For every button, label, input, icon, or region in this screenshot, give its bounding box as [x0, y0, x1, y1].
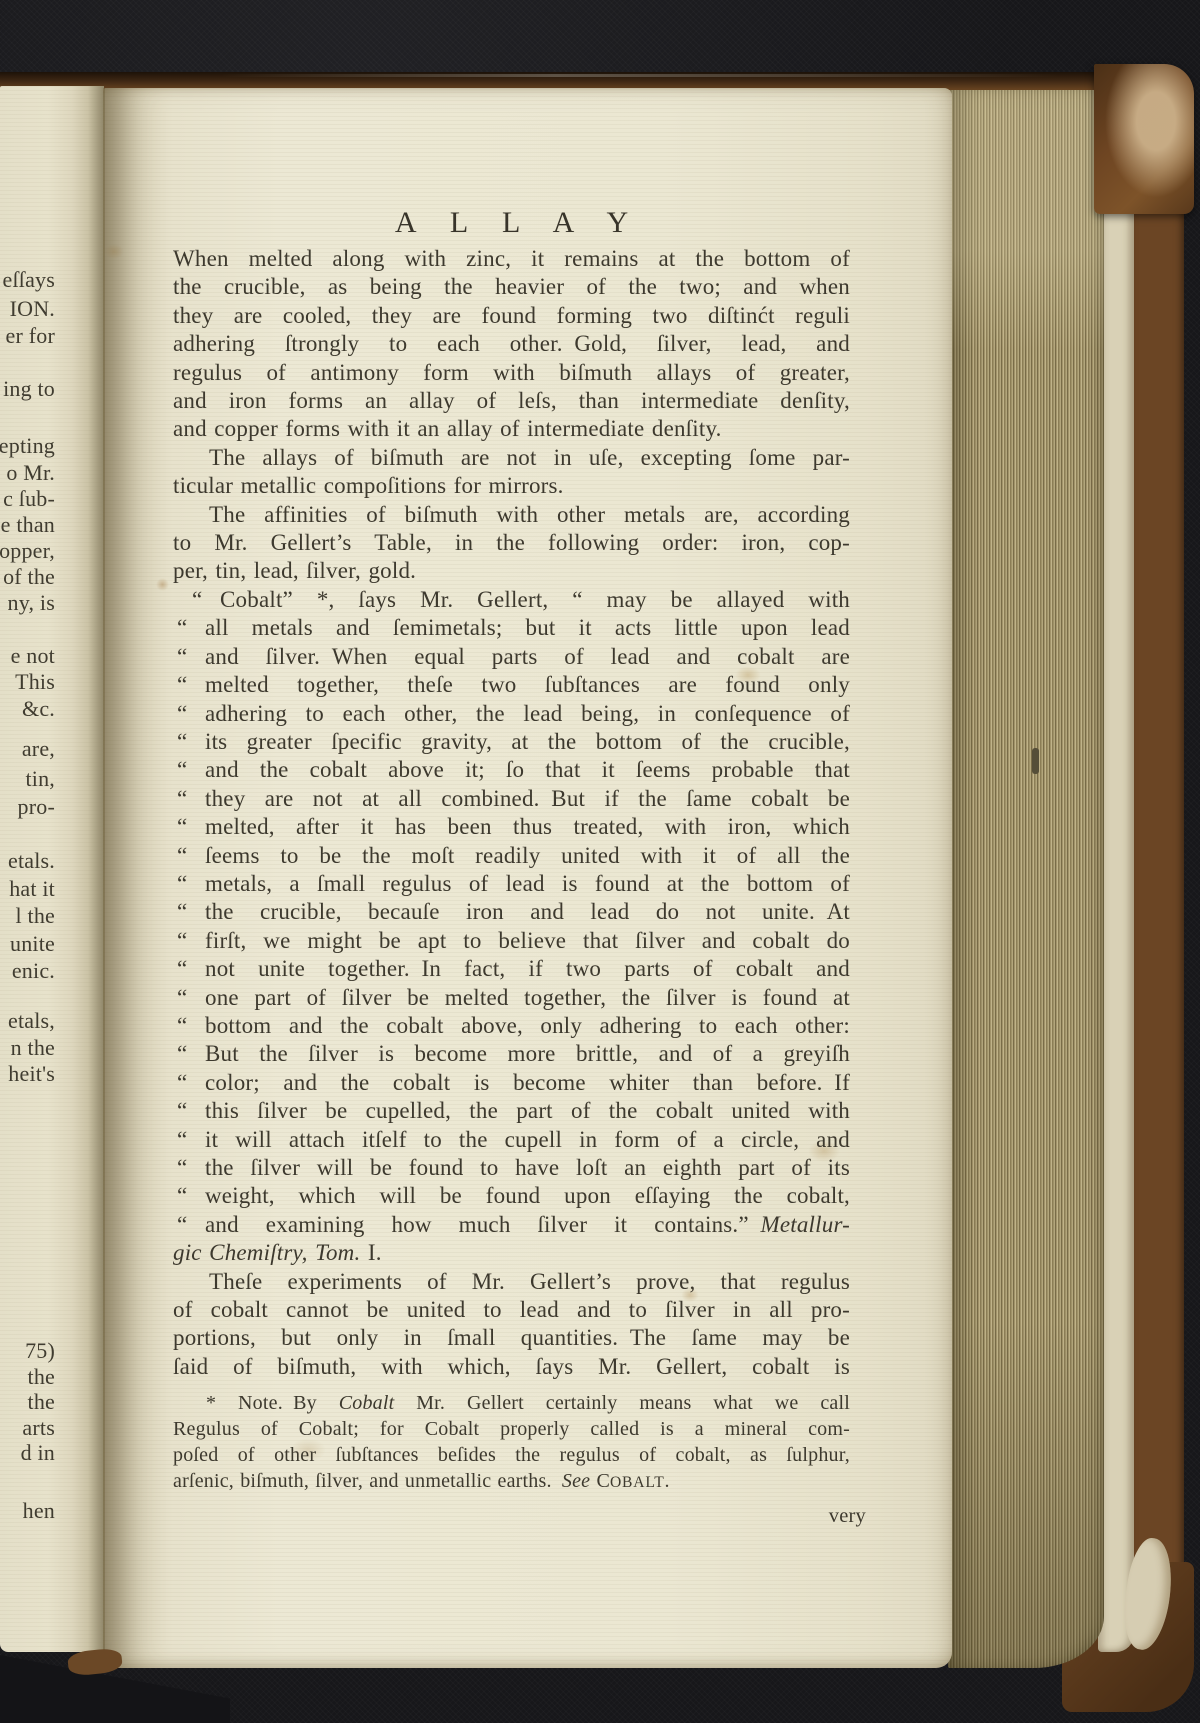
paragraph: Theſe experiments of Mr. Gellert’s prove… — [173, 1268, 850, 1382]
text-line: “melted together, theſe two ſubſtances a… — [173, 671, 850, 699]
quoted-text: its greater ſpecific gravity, at the bot… — [205, 729, 850, 754]
quoted-text: firſt, we might be apt to believe that ſ… — [205, 928, 850, 953]
quote-mark: “ — [173, 1154, 205, 1182]
quoted-text: the crucible, becauſe iron and lead do n… — [205, 899, 850, 924]
quote-mark: “ — [173, 1012, 205, 1040]
quoted-text: it will attach itſelf to the cupell in f… — [205, 1127, 850, 1152]
quoted-text: and ſilver. When equal parts of lead and… — [205, 644, 850, 669]
quoted-text: all metals and ſemimetals; but it acts l… — [205, 615, 850, 640]
text-line: “and ſilver. When equal parts of lead an… — [173, 643, 850, 671]
text-line: The affinities of biſmuth with other met… — [173, 501, 850, 529]
left-page-fragment: enic. — [12, 959, 55, 983]
left-page-fragment: arts — [22, 1416, 55, 1440]
text-line: “firſt, we might be apt to believe that … — [173, 927, 850, 955]
quoted-text: the ſilver will be found to have loſt an… — [205, 1155, 850, 1180]
quoted-text: not unite together. In fact, if two part… — [205, 956, 850, 981]
quote-mark: “ — [173, 643, 205, 671]
quote-mark: “ — [173, 671, 205, 699]
quoted-text: melted together, theſe two ſubſtances ar… — [205, 672, 850, 697]
quote-mark: “ — [188, 586, 220, 614]
quoted-text: color; and the cobalt is become whiter t… — [205, 1070, 850, 1095]
paragraph: The allays of biſmuth are not in uſe, ex… — [173, 444, 850, 501]
text-line: gic Chemiſtry, Tom. I. — [173, 1239, 850, 1267]
quote-mark: “ — [173, 785, 205, 813]
text-line: When melted along with zinc, it remains … — [173, 245, 850, 273]
footnote: * Note. By Cobalt Mr. Gellert certainly … — [173, 1390, 850, 1496]
text-line: “the ſilver will be found to have loſt a… — [173, 1154, 850, 1182]
left-page-fragment: l the — [16, 904, 56, 928]
left-page-fragment: e than — [1, 513, 55, 537]
leather-corner-top-right — [1094, 64, 1194, 214]
text-line: and copper forms with it an allay of int… — [173, 415, 850, 443]
left-page-fragment: ing to — [3, 377, 55, 401]
left-page-fragment: er for — [6, 324, 55, 348]
quote-mark: “ — [173, 1126, 205, 1154]
left-page-fragment: hat it — [9, 877, 55, 901]
left-page-fragment: 75) — [25, 1339, 55, 1363]
left-page-fragment: c ſub- — [3, 487, 55, 511]
left-page-fragment: etals, — [8, 1009, 55, 1033]
quoted-text: and the cobalt above it; ſo that it ſeem… — [205, 757, 850, 782]
quoted-text: this ſilver be cupelled, the part of the… — [205, 1098, 850, 1123]
left-page-fragment: unite — [10, 932, 55, 956]
left-page-fragments: eſſaysION.er foring toeptingo Mr.c ſub-e… — [0, 0, 57, 1723]
text-line: Theſe experiments of Mr. Gellert’s prove… — [173, 1268, 850, 1296]
paragraph: When melted along with zinc, it remains … — [173, 245, 850, 444]
quoted-text: But the ſilver is become more brittle, a… — [205, 1041, 850, 1066]
quote-mark: “ — [173, 813, 205, 841]
left-page-fragment: ION. — [10, 297, 55, 321]
quote-mark: “ — [173, 842, 205, 870]
text-line: “ſeems to be the moſt readily united wit… — [173, 842, 850, 870]
left-page-fragment: &c. — [22, 697, 55, 721]
text-line: “Cobalt” *, ſays Mr. Gellert, “ may be a… — [173, 586, 850, 614]
footnote-line: poſed of other ſubſtances beſides the re… — [173, 1442, 850, 1468]
left-page-fragment: of the — [3, 565, 55, 589]
text-line: “and the cobalt above it; ſo that it ſee… — [173, 756, 850, 784]
left-page-fragment: tin, — [25, 767, 55, 791]
quote-mark: “ — [173, 700, 205, 728]
running-head: A L L A Y — [173, 205, 850, 241]
text-line: “adhering to each other, the lead being,… — [173, 700, 850, 728]
left-page-fragment: ny, is — [8, 591, 55, 615]
footnote-line: Regulus of Cobalt; for Cobalt properly c… — [173, 1416, 850, 1442]
quote-mark: “ — [173, 984, 205, 1012]
left-page-fragment: epting — [0, 434, 55, 458]
quoted-text: one part of ſilver be melted together, t… — [205, 985, 850, 1010]
left-page-fragment: n the — [11, 1036, 55, 1060]
text-line: per, tin, lead, ſilver, gold. — [173, 557, 850, 585]
left-page-fragment: This — [15, 670, 55, 694]
text-line: “all metals and ſemimetals; but it acts … — [173, 614, 850, 642]
quote-mark: “ — [173, 728, 205, 756]
quote-mark: “ — [173, 898, 205, 926]
quote-mark: “ — [173, 1211, 205, 1239]
quote-mark: “ — [173, 870, 205, 898]
quoted-text: melted, after it has been thus treated, … — [205, 814, 850, 839]
text-line: The allays of biſmuth are not in uſe, ex… — [173, 444, 850, 472]
text-line: “But the ſilver is become more brittle, … — [173, 1040, 850, 1068]
left-page-fragment: etals. — [8, 849, 55, 873]
fore-edge-fleck — [1032, 748, 1039, 774]
quote-mark: “ — [173, 1097, 205, 1125]
text-line: the crucible, as being the heavier of th… — [173, 273, 850, 301]
text-line: “it will attach itſelf to the cupell in … — [173, 1126, 850, 1154]
quoted-text: weight, which will be found upon eſſayin… — [205, 1183, 850, 1208]
left-page-fragment: are, — [22, 737, 55, 761]
left-page-fragment: o Mr. — [6, 461, 55, 485]
left-page-fragment: e not — [11, 644, 55, 668]
left-page-fragment: opper, — [0, 539, 55, 563]
body-text: When melted along with zinc, it remains … — [173, 245, 850, 1381]
left-page-fragment: eſſays — [2, 268, 55, 292]
text-line: ticular metallic compoſitions for mirror… — [173, 472, 850, 500]
footnote-line: arſenic, biſmuth, ſilver, and unmetallic… — [173, 1468, 850, 1496]
text-block: A L L A Y When melted along with zinc, i… — [173, 205, 850, 1531]
text-line: and iron forms an allay of leſs, than in… — [173, 387, 850, 415]
text-line: they are cooled, they are found forming … — [173, 302, 850, 330]
book-fore-edge-pages — [948, 90, 1104, 1668]
paragraph: The affinities of biſmuth with other met… — [173, 501, 850, 586]
quoted-text: they are not at all combined. But if the… — [205, 786, 850, 811]
text-line: “this ſilver be cupelled, the part of th… — [173, 1097, 850, 1125]
text-line: “metals, a ſmall regulus of lead is foun… — [173, 870, 850, 898]
quote-mark: “ — [173, 1182, 205, 1210]
text-line: “its greater ſpecific gravity, at the bo… — [173, 728, 850, 756]
text-line: “the crucible, becauſe iron and lead do … — [173, 898, 850, 926]
quoted-text: metals, a ſmall regulus of lead is found… — [205, 871, 850, 896]
text-line: regulus of antimony form with biſmuth al… — [173, 359, 850, 387]
text-line: “they are not at all combined. But if th… — [173, 785, 850, 813]
quoted-text: Cobalt” *, ſays Mr. Gellert, “ may be al… — [220, 587, 850, 612]
text-line: “one part of ſilver be melted together, … — [173, 984, 850, 1012]
text-line: “and examining how much ſilver it contai… — [173, 1211, 850, 1239]
text-line: “weight, which will be found upon eſſayi… — [173, 1182, 850, 1210]
text-line: “melted, after it has been thus treated,… — [173, 813, 850, 841]
quote-mark: “ — [173, 614, 205, 642]
quote-mark: “ — [173, 756, 205, 784]
paragraph: “Cobalt” *, ſays Mr. Gellert, “ may be a… — [173, 586, 850, 1239]
paragraph: gic Chemiſtry, Tom. I. — [173, 1239, 850, 1267]
text-line: “bottom and the cobalt above, only adher… — [173, 1012, 850, 1040]
quote-mark: “ — [173, 955, 205, 983]
text-line: adhering ſtrongly to each other. Gold, ſ… — [173, 330, 850, 358]
quote-mark: “ — [173, 1069, 205, 1097]
quote-mark: “ — [173, 927, 205, 955]
book-scan-photo: { "colors": { "background_fabric": "#171… — [0, 0, 1200, 1723]
footnote-line: * Note. By Cobalt Mr. Gellert certainly … — [173, 1390, 850, 1416]
catchword: very — [189, 1502, 866, 1530]
left-page-fragment: the — [28, 1365, 55, 1389]
left-page-fragment: the — [28, 1390, 55, 1414]
quoted-text: bottom and the cobalt above, only adheri… — [205, 1013, 850, 1038]
text-line: “not unite together. In fact, if two par… — [173, 955, 850, 983]
left-page-fragment: hen — [23, 1499, 55, 1523]
left-page-fragment: d in — [21, 1441, 55, 1465]
text-line: portions, but only in ſmall quantities. … — [173, 1324, 850, 1352]
quote-mark: “ — [173, 1040, 205, 1068]
quoted-text: adhering to each other, the lead being, … — [205, 701, 850, 726]
left-page-fragment: pro- — [18, 795, 55, 819]
text-line: “color; and the cobalt is become whiter … — [173, 1069, 850, 1097]
text-line: to Mr. Gellert’s Table, in the following… — [173, 529, 850, 557]
text-line: of cobalt cannot be united to lead and t… — [173, 1296, 850, 1324]
quoted-text: ſeems to be the moſt readily united with… — [205, 843, 850, 868]
text-line: ſaid of biſmuth, with which, ſays Mr. Ge… — [173, 1353, 850, 1381]
quoted-text: and examining how much ſilver it contain… — [205, 1212, 850, 1237]
left-page-fragment: heit's — [8, 1062, 55, 1086]
